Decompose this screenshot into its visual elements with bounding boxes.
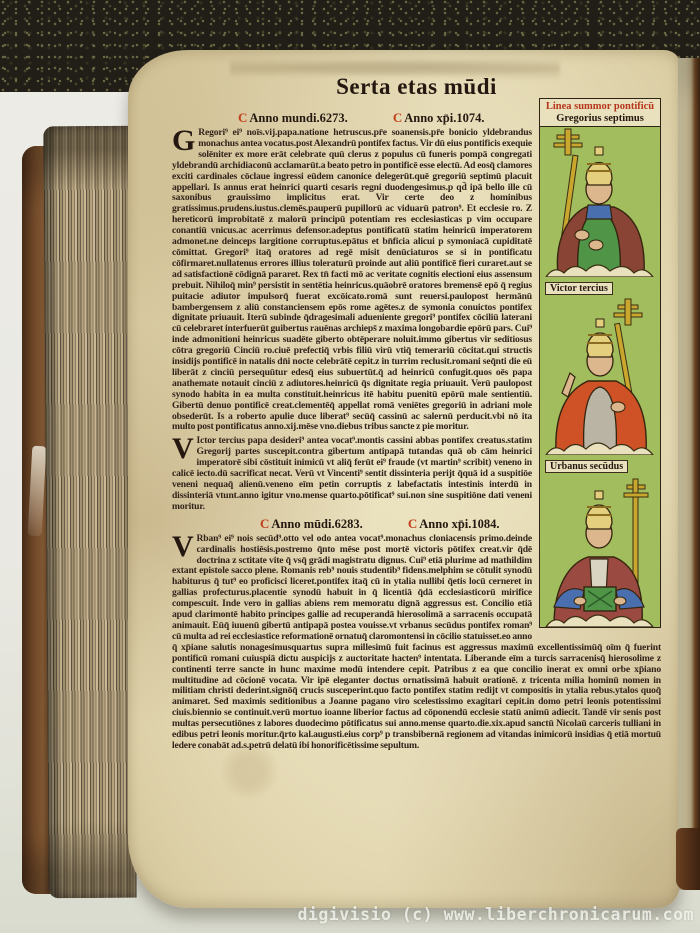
book-photograph: Serta etas mūdi Linea summor pontificū G…	[0, 0, 700, 933]
anno-mundi-label: Anno mūdi.6283.	[271, 517, 362, 531]
facing-page-edge	[678, 58, 700, 890]
caption-row-urbanus: Urbanus secūdus	[539, 455, 661, 475]
initial-capital: V	[172, 436, 197, 461]
page-title: Serta etas mūdi	[172, 74, 661, 100]
paragraph-text: Ictor tercius papa desideri⁹ antea vocat…	[172, 435, 532, 511]
page-content: Serta etas mūdi Linea summor pontificū G…	[172, 74, 661, 836]
digitization-watermark: digivisio (c) www.liberchronicarum.com	[298, 905, 695, 924]
anno-mundi-label: Anno mundi.6273.	[249, 111, 347, 125]
pope-gregorius-illustration	[540, 127, 659, 277]
woodcut-pope-urbanus	[539, 475, 661, 628]
pope-urbanus-illustration	[540, 475, 659, 627]
paragraph-text: Regori⁹ ei⁹ noīs.vij.papa.natione hetrus…	[172, 127, 532, 432]
woodcut-title-name: Gregorius septimus	[541, 113, 659, 125]
pope-woodcut-column: Linea summor pontificū Gregorius septimu…	[539, 98, 661, 628]
anno-christi-label: Anno xp̄i.1084.	[419, 517, 499, 531]
paraph-mark: C	[393, 110, 402, 125]
paraph-mark: C	[260, 516, 269, 531]
caption-victor-tercius: Victor tercius	[545, 282, 613, 295]
page-block-fore-edge	[43, 126, 136, 899]
initial-capital: G	[172, 128, 198, 153]
book-cover-right-corner	[676, 828, 700, 890]
woodcut-title-rubric: Linea summor pontificū	[541, 101, 659, 113]
anno-christi-label: Anno xp̄i.1074.	[404, 111, 484, 125]
caption-urbanus-secundus: Urbanus secūdus	[545, 460, 628, 473]
woodcut-pope-gregorius	[539, 127, 661, 277]
paraph-mark: C	[408, 516, 417, 531]
woodcut-title-box: Linea summor pontificū Gregorius septimu…	[539, 98, 661, 127]
woodcut-pope-victor	[539, 297, 661, 455]
caption-row-victor: Victor tercius	[539, 277, 661, 297]
pope-victor-illustration	[540, 297, 659, 455]
initial-capital: V	[172, 534, 197, 559]
paraph-mark: C	[238, 110, 247, 125]
